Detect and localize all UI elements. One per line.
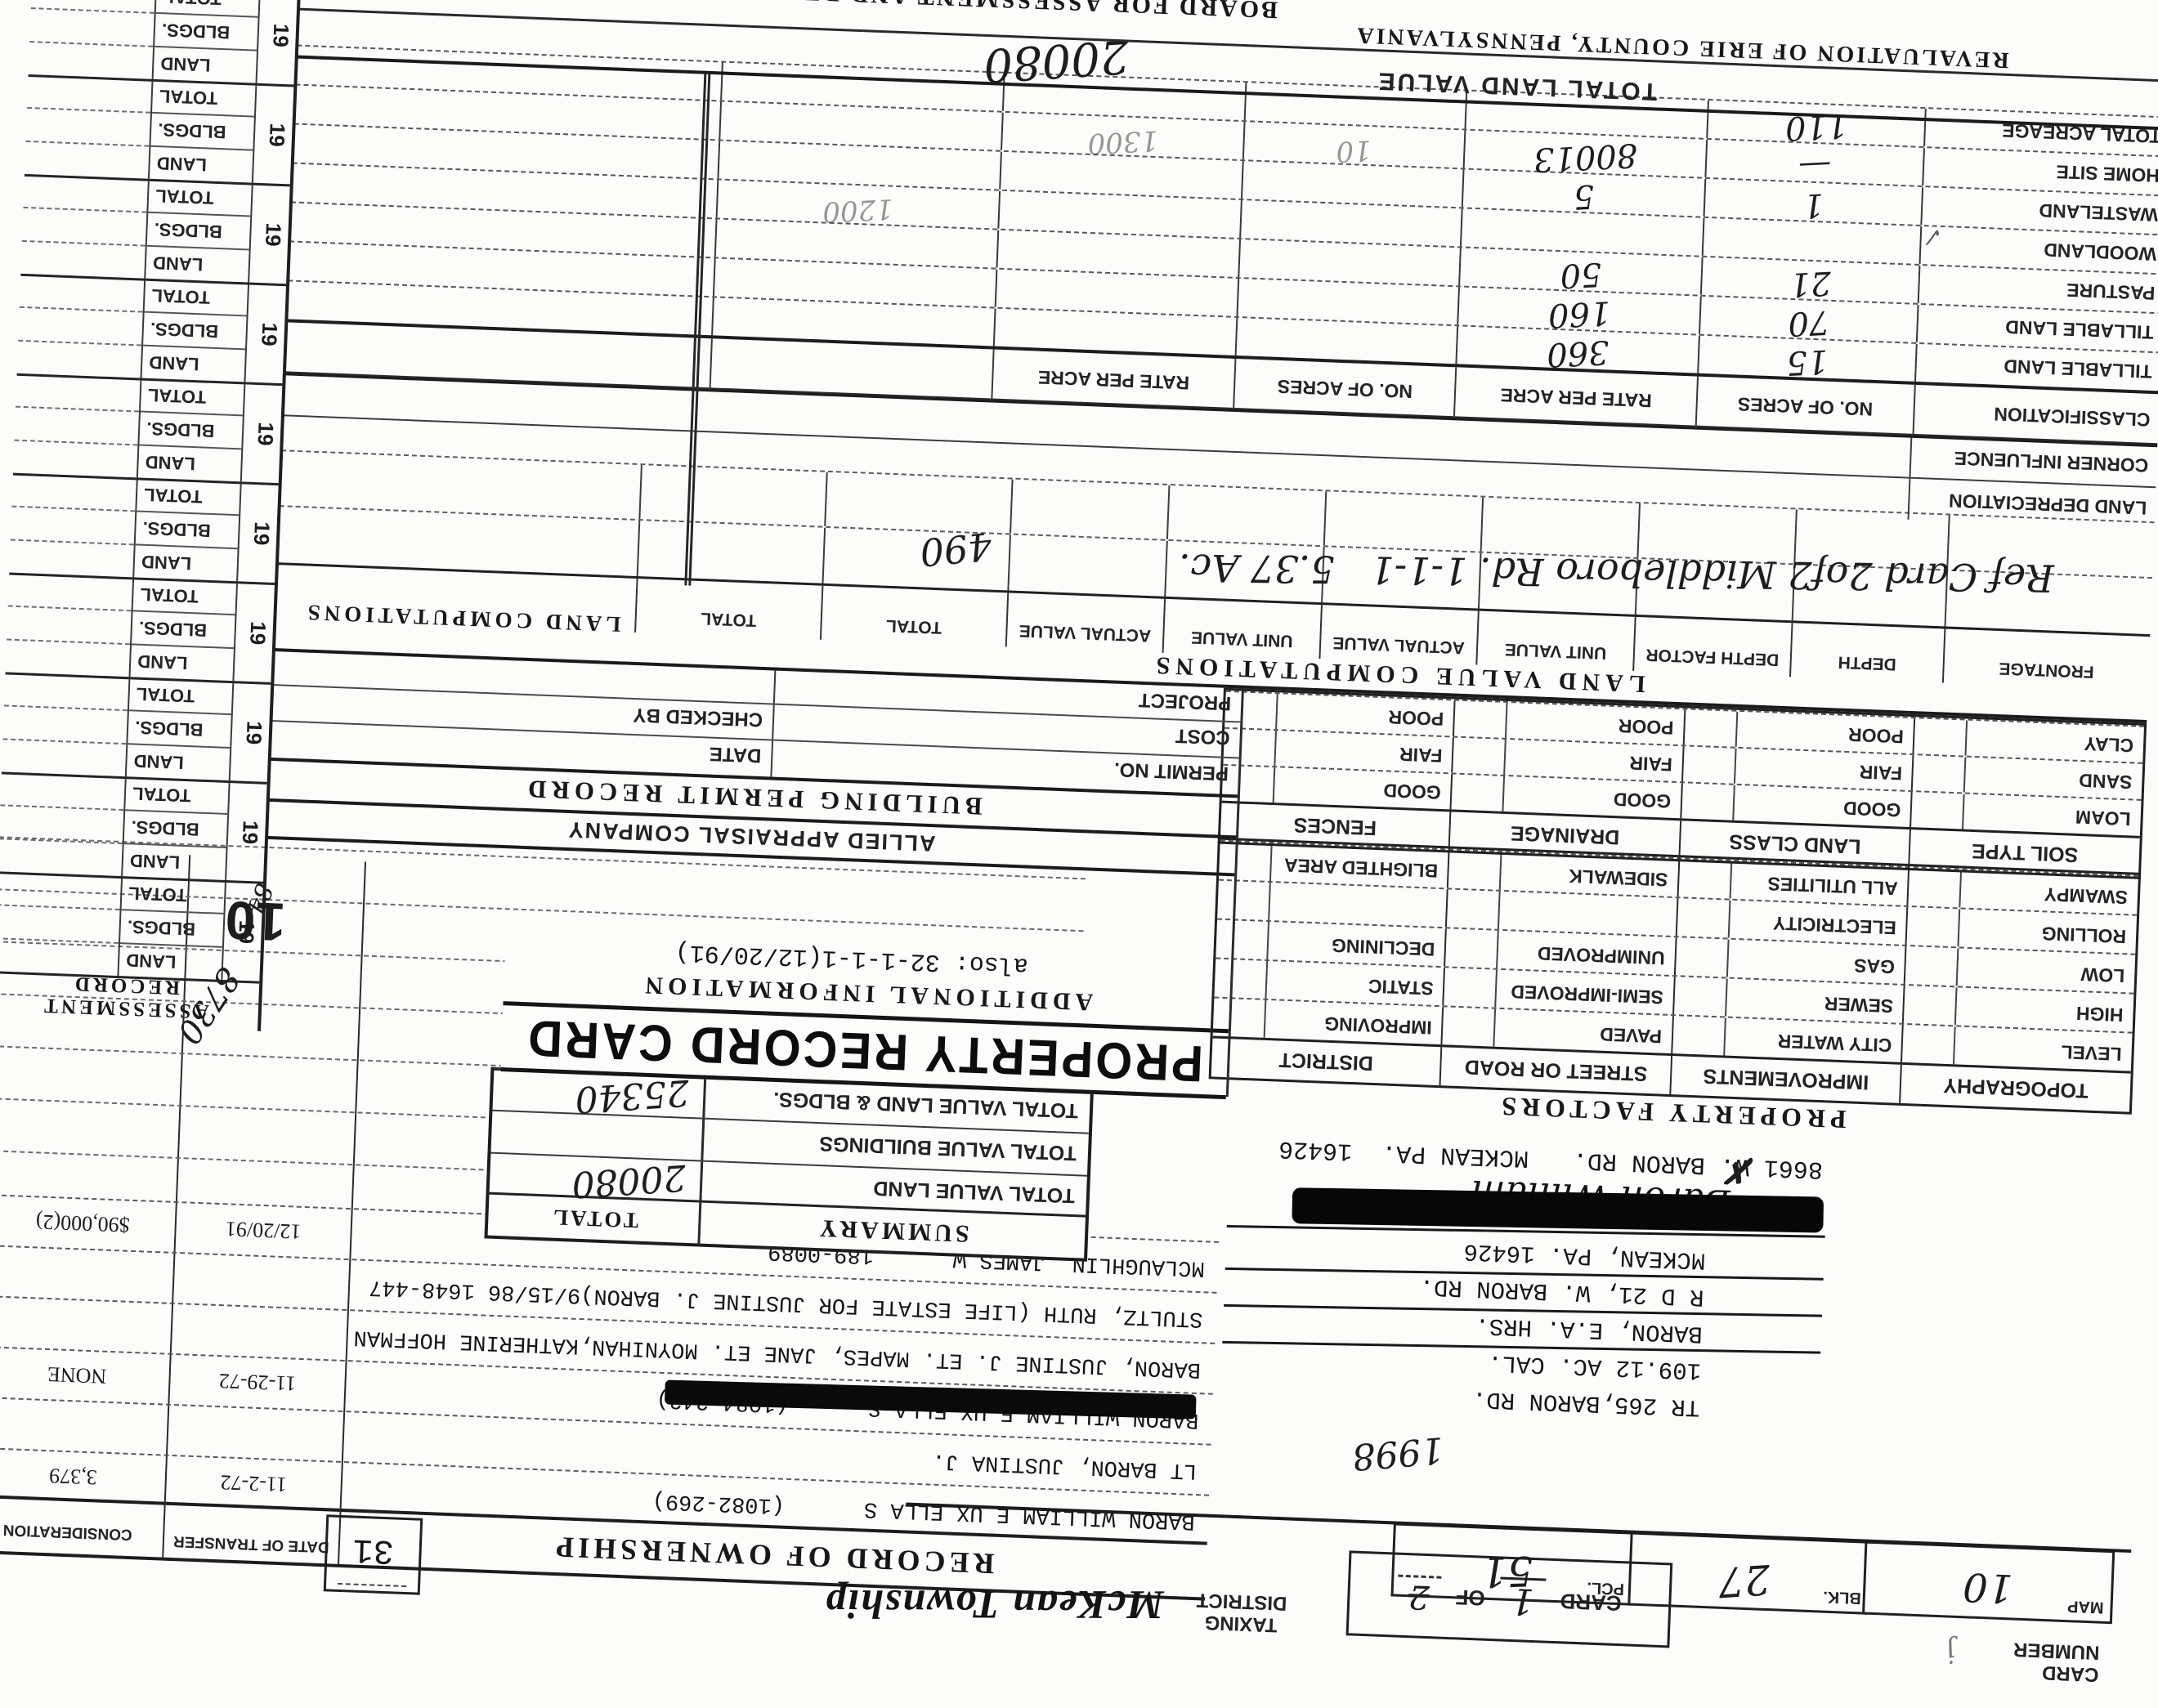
taxing-district-label: TAXING DISTRICT bbox=[1171, 1588, 1312, 1637]
assessment-labels: LAND BLDGS. TOTAL bbox=[129, 579, 236, 681]
year-cell: 19 bbox=[236, 484, 279, 583]
acres-hand-value: 21 bbox=[1701, 259, 1918, 307]
unit-value-header: UNIT VALUE bbox=[1475, 611, 1634, 671]
year-19-label: 19 bbox=[244, 621, 271, 646]
pcl-label: PCL. bbox=[1587, 1578, 1624, 1598]
banner-block: PROPERTY RECORD CARD ADDITIONAL INFORMAT… bbox=[500, 931, 1231, 1099]
assessment-year-block: 19 LAND BLDGS. TOTAL bbox=[9, 476, 278, 585]
check-cell bbox=[1217, 881, 1271, 920]
year-19-label: 19 bbox=[240, 721, 266, 745]
building-permit-block: ALLIED APPRAISAL COMPANY BUILDING PERMIT… bbox=[266, 650, 1242, 876]
bldgs-label: BLDGS. bbox=[124, 809, 227, 847]
transfer-date bbox=[174, 1290, 348, 1296]
assessment-value-cells bbox=[13, 376, 141, 478]
blk-label: BLK. bbox=[1823, 1587, 1862, 1607]
check-cell bbox=[1446, 928, 1500, 968]
check-cell bbox=[1448, 850, 1502, 889]
assessment-labels: LAND BLDGS. TOTAL bbox=[121, 779, 228, 880]
assessment-labels: LAND BLDGS. TOTAL bbox=[125, 679, 232, 780]
year-19-label: 19 bbox=[264, 123, 290, 147]
rate-per-acre-header: RATE PER ACRE bbox=[1500, 384, 1652, 411]
assessment-value-cells bbox=[0, 774, 125, 876]
total-label: TOTAL bbox=[137, 478, 240, 514]
check-cell bbox=[1902, 1025, 1956, 1064]
total-label: TOTAL bbox=[152, 80, 255, 116]
factor-item: ROLLING bbox=[1959, 909, 2137, 953]
land-label: LAND bbox=[131, 643, 234, 681]
total-label: TOTAL bbox=[148, 180, 251, 216]
card-number-label: CARD NUMBER bbox=[2000, 1638, 2100, 1667]
rate-per-acre-header: RATE PER ACRE bbox=[1037, 367, 1189, 394]
permit-no-label: PERMIT NO. bbox=[1114, 758, 1229, 785]
check-cell bbox=[1677, 898, 1731, 937]
land-label: LAND bbox=[123, 843, 226, 880]
summary-row-label: TOTAL VALUE BUILDINGS bbox=[819, 1131, 1077, 1165]
consideration-value bbox=[0, 1282, 172, 1290]
assessment-labels: LAND BLDGS. TOTAL bbox=[141, 281, 248, 382]
soil-item: POOR bbox=[1277, 694, 1454, 736]
factor-item: DECLINING bbox=[1268, 922, 1445, 966]
township-stamp: McKean Township bbox=[824, 1581, 1164, 1629]
factor-item: STATIC bbox=[1266, 961, 1444, 1005]
assessment-value-cells bbox=[9, 476, 137, 578]
factor-item: CITY WATER bbox=[1725, 1018, 1902, 1062]
soil-item: GOOD bbox=[1734, 785, 1911, 827]
pcl-value: 51 bbox=[1480, 1547, 1533, 1596]
year-19-label: 19 bbox=[256, 322, 282, 347]
year-19-label: 19 bbox=[260, 222, 286, 247]
year-cell: 19 bbox=[244, 284, 286, 383]
acres-hand-value: 110 bbox=[1708, 103, 1925, 151]
assessment-year-block: 19 LAND BLDGS. TOTAL bbox=[0, 774, 267, 883]
total-label: TOTAL bbox=[129, 677, 232, 713]
classification-label: PASTURE bbox=[2066, 279, 2158, 305]
blk-box: BLK. 27 bbox=[1627, 1532, 1869, 1615]
assessment-labels: LAND BLDGS. TOTAL bbox=[137, 381, 244, 482]
map-value: 10 bbox=[1962, 1563, 2013, 1611]
consideration-value: 3,379 bbox=[0, 1460, 165, 1492]
depth-header: DEPTH bbox=[1789, 623, 1944, 682]
land-class-header: LAND CLASS bbox=[1678, 820, 1910, 868]
summary-row-value: 20080 bbox=[571, 1156, 687, 1205]
drainage-header: DRAINAGE bbox=[1448, 812, 1680, 859]
year-cell: 19 bbox=[228, 683, 271, 782]
factor-item: SEWER bbox=[1726, 979, 1904, 1023]
assessment-value-cells bbox=[2, 674, 129, 776]
acres-hand-value: 10 bbox=[1243, 129, 1464, 172]
permit-cost-label: COST bbox=[1175, 723, 1231, 749]
soil-item: FAIR bbox=[1506, 740, 1683, 781]
consideration-value bbox=[0, 1434, 167, 1442]
soil-item: CLAY bbox=[1967, 721, 2144, 762]
rate-hand-value: 50 bbox=[1460, 250, 1701, 299]
assessment-year-block: 19 LAND BLDGS. TOTAL bbox=[2, 674, 271, 784]
check-cell bbox=[1679, 859, 1733, 898]
consideration-value: $90,000(2) bbox=[0, 1207, 175, 1239]
transfer-date bbox=[168, 1442, 343, 1448]
assessment-labels: LAND BLDGS. TOTAL bbox=[118, 879, 225, 980]
assessment-year-block: 19 LAND BLDGS. TOTAL bbox=[29, 0, 298, 87]
transfer-date: 12/20/91 bbox=[176, 1214, 351, 1245]
permit-checked-by-label: CHECKED BY bbox=[633, 703, 763, 731]
assessment-labels: LAND BLDGS. TOTAL bbox=[144, 181, 251, 283]
summary-row-label: TOTAL VALUE LAND bbox=[873, 1176, 1076, 1207]
total-header: TOTAL bbox=[820, 586, 1007, 647]
check-cell bbox=[1685, 709, 1739, 746]
hand-total-value: 490 bbox=[918, 524, 994, 575]
total-label: TOTAL bbox=[125, 777, 228, 813]
factor-item bbox=[1499, 892, 1677, 936]
blk-value: 27 bbox=[1717, 1555, 1771, 1606]
frontage-header: FRONTAGE bbox=[1942, 628, 2150, 691]
check-cell bbox=[1443, 1007, 1497, 1046]
check-cell bbox=[1907, 907, 1961, 946]
check-cell bbox=[1447, 889, 1501, 928]
assessment-value-cells bbox=[17, 276, 145, 378]
permit-divider bbox=[770, 669, 776, 777]
assessment-year-block: 19 LAND BLDGS. TOTAL bbox=[6, 575, 275, 685]
soil-item: POOR bbox=[1737, 712, 1914, 753]
assessment-year-block: 19 LAND BLDGS. TOTAL bbox=[13, 376, 282, 485]
classification-label: HOME SITE bbox=[2056, 161, 2158, 186]
soil-type-header: SOIL TYPE bbox=[1909, 829, 2140, 877]
year-19-label: 19 bbox=[253, 422, 279, 446]
box-31: 31 bbox=[324, 1514, 423, 1594]
check-cell bbox=[1681, 783, 1735, 820]
assessment-labels: LAND BLDGS. TOTAL bbox=[132, 480, 240, 581]
assessment-value-cells bbox=[6, 575, 133, 677]
summary-row-label: TOTAL VALUE LAND & BLDGS. bbox=[773, 1087, 1079, 1122]
owner-name-text: LT BARON, JUSTINA J. bbox=[932, 1448, 1198, 1482]
land-label: LAND bbox=[154, 46, 257, 83]
classification-label: WOODLAND bbox=[2044, 239, 2158, 266]
check-cell bbox=[1913, 755, 1967, 792]
assessment-labels: LAND BLDGS. TOTAL bbox=[152, 0, 259, 83]
year-19-label: 19 bbox=[248, 521, 275, 546]
land-depreciation-label: LAND DEPRECIATION bbox=[1949, 490, 2147, 519]
check-cell bbox=[1676, 937, 1730, 977]
soil-item: SAND bbox=[1965, 758, 2142, 799]
year-19-label: 19 bbox=[237, 820, 263, 845]
actual-value-header: ACTUAL VALUE bbox=[1005, 592, 1164, 652]
depth-factor-header: DEPTH FACTOR bbox=[1632, 617, 1791, 677]
factor-item: LEVEL bbox=[1954, 1026, 2132, 1071]
district-header: DISTRICT bbox=[1211, 1038, 1441, 1085]
permit-project-label: PROJECT bbox=[1138, 688, 1231, 714]
transfer-date: 11-29-72 bbox=[170, 1366, 345, 1397]
year-cell: 19 bbox=[251, 86, 293, 185]
no-of-acres-header: NO. OF ACRES bbox=[1277, 376, 1413, 402]
check-cell bbox=[1453, 738, 1507, 775]
bldgs-label: BLDGS. bbox=[154, 12, 257, 50]
improvements-header: IMPROVEMENTS bbox=[1669, 1056, 1901, 1103]
transfer-date: 11-2-72 bbox=[166, 1468, 341, 1499]
year-cell: 19 bbox=[225, 783, 267, 882]
topography-header: TOPOGRAPHY bbox=[1900, 1065, 2131, 1112]
x-mark-hand: ✗ bbox=[1726, 1149, 1757, 1192]
factor-item: UNIMPROVED bbox=[1498, 931, 1676, 975]
factor-item: LOW bbox=[1958, 948, 2135, 992]
classification-header: CLASSIFICATION bbox=[1994, 404, 2158, 431]
check-cell bbox=[1909, 868, 1963, 907]
check-cell bbox=[1213, 998, 1267, 1037]
factor-item: SEMI-IMPROVED bbox=[1497, 970, 1674, 1014]
check-cell bbox=[1216, 920, 1269, 959]
check-cell bbox=[1914, 718, 1968, 755]
map-label: MAP bbox=[2067, 1596, 2104, 1616]
consideration-value: NONE bbox=[0, 1359, 169, 1391]
check-cell bbox=[1683, 746, 1737, 783]
assessment-value-cells bbox=[0, 874, 121, 976]
year-cell: 19 bbox=[232, 583, 275, 682]
pen-strike bbox=[1224, 1303, 1822, 1317]
unit-value-header: UNIT VALUE bbox=[1162, 599, 1321, 659]
fences-header: FENCES bbox=[1220, 803, 1450, 851]
check-cell bbox=[1672, 1016, 1726, 1055]
year-19-label: 19 bbox=[267, 23, 293, 47]
factor-item: IMPROVING bbox=[1265, 1000, 1443, 1044]
map-box: MAP 10 bbox=[1862, 1541, 2115, 1625]
rate-hand-value: 1300 bbox=[1002, 119, 1243, 163]
owner-address-block: TR 265,BARON RD. 109.12 AC. CAL. BARON, … bbox=[1224, 1199, 1820, 1452]
land-label: LAND bbox=[138, 445, 241, 482]
check-cell bbox=[1214, 959, 1268, 999]
check-cell bbox=[1912, 792, 1966, 829]
soil-item: FAIR bbox=[1275, 731, 1453, 772]
cell-line bbox=[1908, 479, 1911, 520]
classification-label: TILLABLE LAND bbox=[2005, 316, 2158, 343]
factor-item: PAVED bbox=[1495, 1009, 1672, 1053]
bldgs-label: BLDGS. bbox=[147, 212, 250, 249]
land-label: LAND bbox=[146, 245, 248, 283]
soil-item: GOOD bbox=[1504, 776, 1681, 818]
pcl-box: PCL. 51 bbox=[1390, 1522, 1632, 1605]
soil-item: FAIR bbox=[1735, 749, 1913, 790]
summary-table: SUMMARY TOTAL TOTAL VALUE LAND 20080 TOT… bbox=[484, 1067, 1094, 1262]
check-cell bbox=[1454, 701, 1508, 738]
soil-item: LOAM bbox=[1964, 794, 2142, 836]
soil-item: GOOD bbox=[1274, 767, 1452, 809]
year-cell: 19 bbox=[255, 0, 298, 84]
bldgs-label: BLDGS. bbox=[128, 709, 231, 747]
total-label: TOTAL bbox=[122, 877, 225, 913]
bldgs-label: BLDGS. bbox=[143, 311, 246, 349]
woodland-tick: ✓ bbox=[1922, 221, 1946, 252]
factor-item bbox=[1269, 883, 1447, 927]
extra-hand-value: 1200 bbox=[718, 187, 1000, 234]
assessment-blocks: 19 LAND BLDGS. TOTAL 19 LAND BLDGS. TOTA… bbox=[0, 0, 298, 984]
rate-hand-value: 80013 bbox=[1465, 132, 1706, 181]
land-label: LAND bbox=[134, 543, 237, 581]
bldgs-label: BLDGS. bbox=[151, 112, 254, 150]
factor-item: GAS bbox=[1728, 940, 1905, 984]
total-label: TOTAL bbox=[133, 578, 236, 614]
assessment-value-cells bbox=[25, 77, 152, 179]
bldgs-label: BLDGS. bbox=[120, 909, 223, 946]
property-record-card-scan: RECORD OF OWNERSHIP DATE OF TRANSFER CON… bbox=[0, 0, 2158, 1667]
bldgs-label: BLDGS. bbox=[136, 510, 239, 548]
land-label: LAND bbox=[127, 743, 230, 780]
check-cell bbox=[1674, 977, 1728, 1016]
consideration-header: CONSIDERATION bbox=[0, 1519, 163, 1545]
total-label: TOTAL bbox=[145, 279, 248, 315]
check-cell bbox=[1904, 986, 1958, 1025]
assessment-year-block: 19 LAND BLDGS. TOTAL bbox=[17, 276, 286, 386]
box-31-value: 31 bbox=[338, 1514, 409, 1587]
check-cell bbox=[1452, 775, 1506, 812]
check-cell bbox=[1444, 968, 1498, 1007]
total-header: TOTAL bbox=[634, 579, 822, 640]
pen-mark: ϳ bbox=[1943, 1635, 1959, 1667]
bldgs-label: BLDGS. bbox=[140, 411, 243, 449]
year-cell: 19 bbox=[240, 384, 282, 483]
actual-value-header: ACTUAL VALUE bbox=[1319, 605, 1477, 664]
factor-item: ELECTRICITY bbox=[1730, 901, 1907, 945]
land-label: LAND bbox=[142, 345, 245, 382]
classification-label: WASTELAND bbox=[2039, 200, 2158, 226]
summary-row-value: 25340 bbox=[574, 1071, 691, 1120]
date-of-transfer-header: DATE OF TRANSFER bbox=[164, 1532, 339, 1556]
summary-title: SUMMARY bbox=[701, 1209, 1086, 1252]
permit-date-label: DATE bbox=[709, 742, 762, 767]
factor-item: HIGH bbox=[1956, 987, 2133, 1031]
assessment-year-block: 19 LAND BLDGS. TOTAL bbox=[25, 77, 293, 186]
corner-influence-label: CORNER INFLUENCE bbox=[1954, 447, 2149, 476]
property-factors-table: TOPOGRAPHY IMPROVEMENTS STREET OR ROAD D… bbox=[1209, 838, 2142, 1115]
summary-total-header: TOTAL bbox=[488, 1202, 701, 1236]
assessment-year-block: 19 LAND BLDGS. TOTAL bbox=[20, 177, 289, 286]
pen-strike bbox=[1222, 1340, 1820, 1353]
assessment-value-cells bbox=[29, 0, 156, 79]
cell-line bbox=[1909, 436, 1912, 477]
year-cell: 19 bbox=[248, 186, 290, 284]
assessment-value-cells bbox=[20, 177, 148, 279]
check-cell bbox=[1905, 946, 1959, 986]
consideration-value bbox=[0, 1333, 170, 1340]
land-label: LAND bbox=[150, 145, 253, 183]
transfer-date bbox=[172, 1340, 346, 1347]
soil-item: POOR bbox=[1507, 703, 1684, 744]
property-factors-rows: LEVEL CITY WATER PAVED IMPROVING HIGH SE… bbox=[1213, 840, 2138, 1071]
street-or-road-header: STREET OR ROAD bbox=[1439, 1047, 1671, 1094]
total-label: TOTAL bbox=[141, 379, 244, 415]
pen-strike bbox=[1225, 1268, 1824, 1281]
no-of-acres-header: NO. OF ACRES bbox=[1737, 394, 1873, 420]
bldgs-label: BLDGS. bbox=[132, 610, 235, 647]
classification-label: TILLABLE LAND bbox=[2004, 355, 2158, 382]
assessment-labels: LAND BLDGS. TOTAL bbox=[148, 82, 255, 183]
